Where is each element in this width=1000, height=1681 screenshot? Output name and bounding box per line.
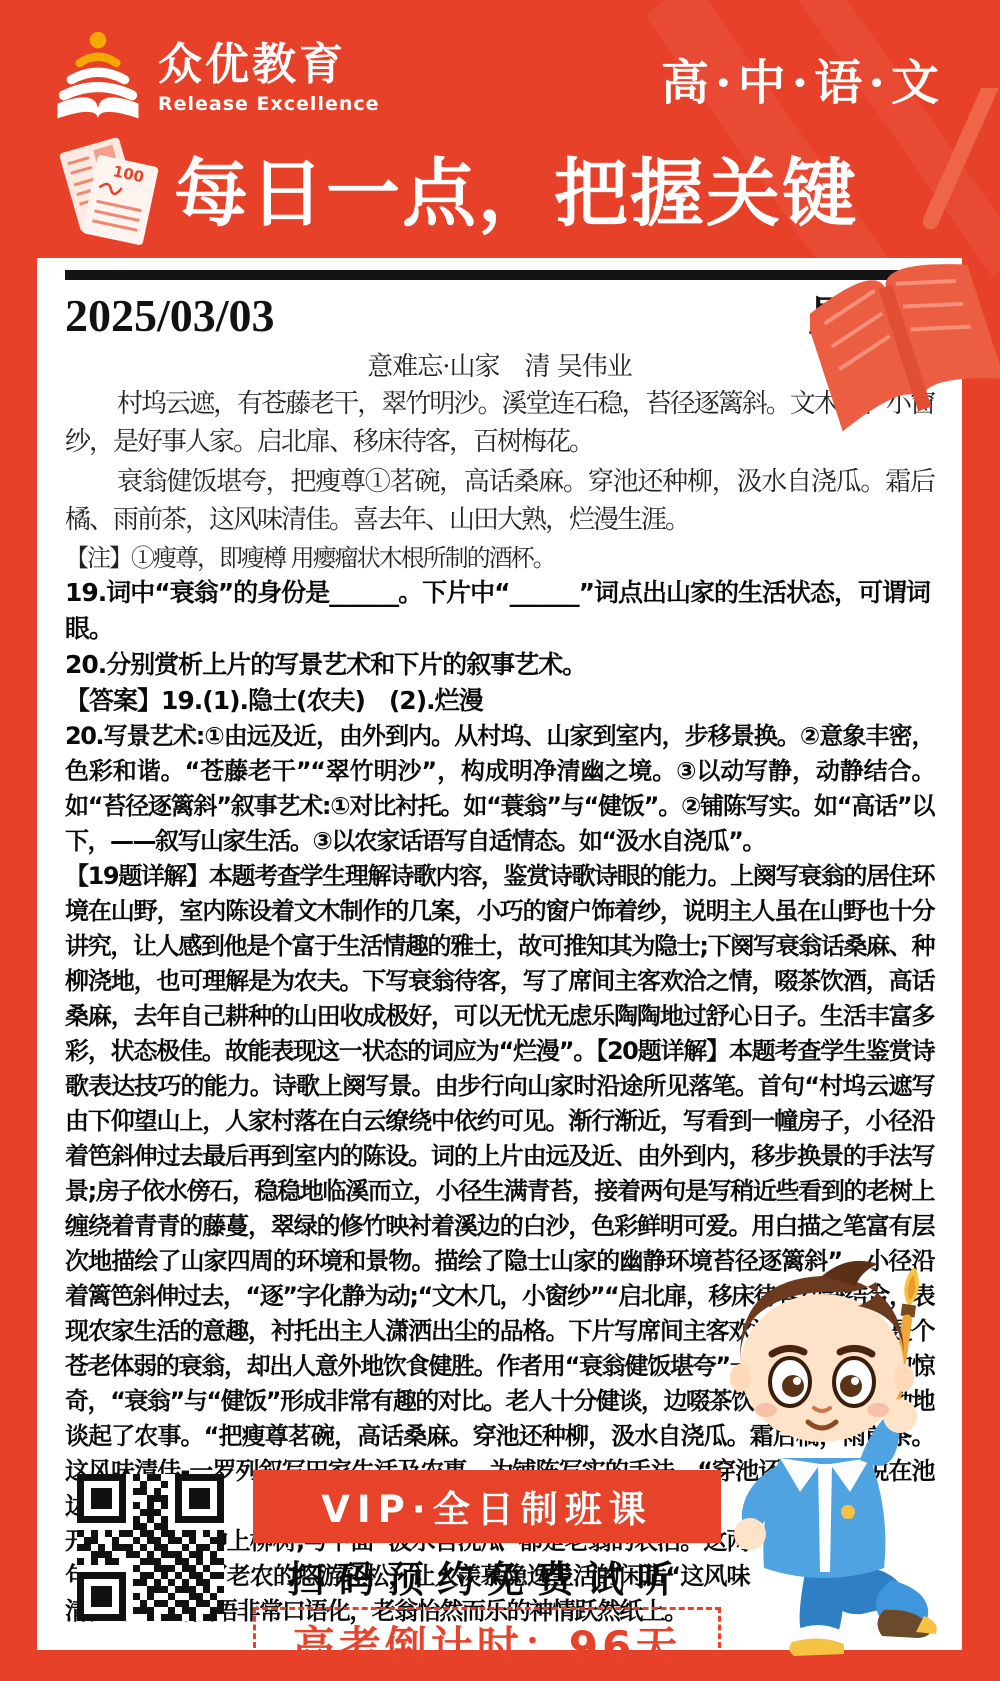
scan-cta-text: 扫码预约免费试听: [253, 1543, 721, 1607]
poem-note: 【注】①瘦尊，即瘦樽 用瘿瘤状木根所制的酒杯。: [65, 541, 934, 575]
vip-banner: VIP·全日制班课: [253, 1470, 721, 1543]
qr-code: [77, 1474, 224, 1621]
papers-icon: 100: [50, 127, 168, 249]
question-20: 20.分别赏析上片的写景艺术和下片的叙事艺术。: [65, 647, 934, 683]
date-row: 2025/03/03 星期一: [65, 284, 934, 344]
book-pen-icon: [810, 88, 1000, 472]
date-text: 2025/03/03: [65, 289, 275, 342]
poster-background: { "theme":{ "bg_red":"#E7412A", "accent_…: [0, 0, 1000, 1681]
poem-stanza-2: 衰翁健饭堪夸，把瘦尊①茗碗，高话桑麻。穿池还种柳，汲水自浇瓜。霜后橘、雨前茶，这…: [65, 463, 934, 539]
answer-line: 【答案】19.(1).隐士(农夫) (2).烂漫: [65, 683, 934, 719]
divider-bar: [65, 270, 934, 280]
answer-20: 20.写景艺术:①由远及近，由外到内。从村坞、山家到室内，步移景换。②意象丰密，…: [65, 719, 934, 859]
brand-name: 众优教育: [158, 43, 380, 87]
page-title: 每日一点，把握关键: [174, 135, 858, 241]
logo-icon: [52, 30, 144, 126]
brand-slogan: Release Excellence: [158, 95, 380, 114]
mascot-illustration: [688, 1250, 960, 1666]
poem-stanza-1: 村坞云遮，有苍藤老干，翠竹明沙。溪堂连石稳，苔径逐篱斜。文木几、小窗纱，是好事人…: [65, 385, 934, 461]
countdown-box: 高考倒计时：96天: [253, 1607, 721, 1681]
brand-logo: 众优教育 Release Excellence: [52, 30, 380, 126]
poem-title: 意难忘·山家 清 吴伟业: [65, 346, 934, 383]
question-19: 19.词中“衰翁”的身份是______。下片中“______”词点出山家的生活状…: [65, 575, 934, 647]
footer-middle: VIP·全日制班课 扫码预约免费试听 高考倒计时：96天: [253, 1470, 721, 1681]
